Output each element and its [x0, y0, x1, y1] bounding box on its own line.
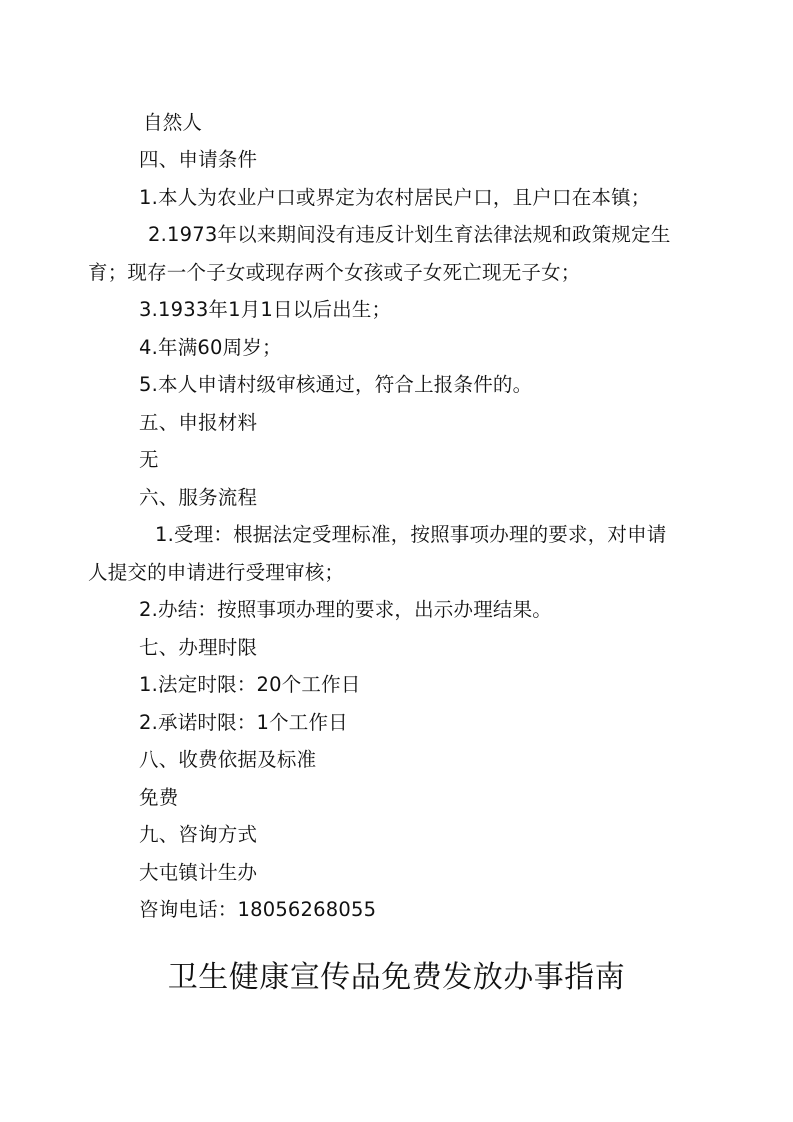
condition-item-2-continued: 育；现存一个子女或现存两个女孩或子女死亡现无子女；	[88, 260, 581, 286]
section-heading-conditions: 四、申请条件	[139, 147, 257, 173]
consultation-phone: 咨询电话：18056268055	[139, 897, 376, 923]
time-limit-promised: 2.承诺时限：1个工作日	[139, 710, 348, 736]
section-heading-consultation: 九、咨询方式	[139, 822, 257, 848]
process-step-1-continued: 人提交的申请进行受理审核；	[88, 560, 344, 586]
section-heading-time-limit: 七、办理时限	[139, 635, 257, 661]
condition-item-5: 5.本人申请村级审核通过，符合上报条件的。	[139, 372, 532, 398]
condition-item-3: 3.1933年1月1日以后出生；	[139, 297, 391, 323]
condition-item-1: 1.本人为农业户口或界定为农村居民户口，且户口在本镇；	[139, 185, 651, 211]
process-step-2: 2.办结：按照事项办理的要求，出示办理结果。	[139, 597, 552, 623]
consultation-office: 大屯镇计生办	[139, 860, 257, 886]
section-heading-process: 六、服务流程	[139, 485, 257, 511]
document-page: 自然人 四、申请条件 1.本人为农业户口或界定为农村居民户口，且户口在本镇； 2…	[0, 0, 793, 1122]
process-step-1: 1.受理：根据法定受理标准，按照事项办理的要求，对申请	[155, 522, 667, 548]
section-heading-fees: 八、收费依据及标准	[139, 747, 316, 773]
section-heading-materials: 五、申报材料	[139, 410, 257, 436]
fees-value: 免费	[139, 785, 178, 811]
materials-value: 无	[139, 447, 159, 473]
condition-item-2: 2.1973年以来期间没有违反计划生育法律法规和政策规定生	[148, 222, 671, 248]
time-limit-legal: 1.法定时限：20个工作日	[139, 672, 361, 698]
next-section-title: 卫生健康宣传品免费发放办事指南	[0, 958, 793, 998]
condition-item-4: 4.年满60周岁；	[139, 335, 282, 361]
text-line-applicant-type: 自然人	[143, 110, 202, 136]
